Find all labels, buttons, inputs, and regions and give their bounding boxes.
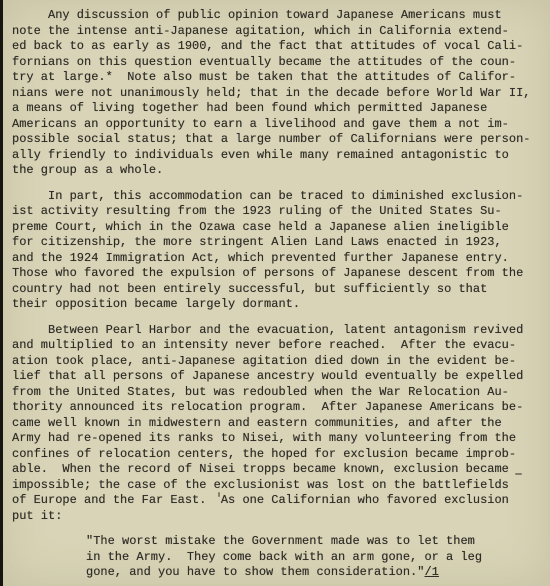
block-quote: "The worst mistake the Government made w… (86, 534, 546, 581)
paragraph-accommodation: In part, this accommodation can be trace… (12, 189, 546, 313)
scan-artifact (218, 492, 220, 497)
quote-line-text: gone, and you have to show them consider… (86, 565, 424, 579)
scanned-document-page: Any discussion of public opinion toward … (0, 0, 550, 586)
footnote-reference: /1 (424, 565, 438, 579)
quote-line: gone, and you have to show them consider… (86, 565, 546, 581)
paragraph-public-opinion: Any discussion of public opinion toward … (12, 8, 546, 179)
quote-line: "The worst mistake the Government made w… (86, 534, 546, 550)
scan-artifact (515, 473, 522, 475)
quote-line: in the Army. They come back with an arm … (86, 550, 546, 566)
paragraph-pearl-harbor: Between Pearl Harbor and the evacuation,… (12, 323, 546, 525)
